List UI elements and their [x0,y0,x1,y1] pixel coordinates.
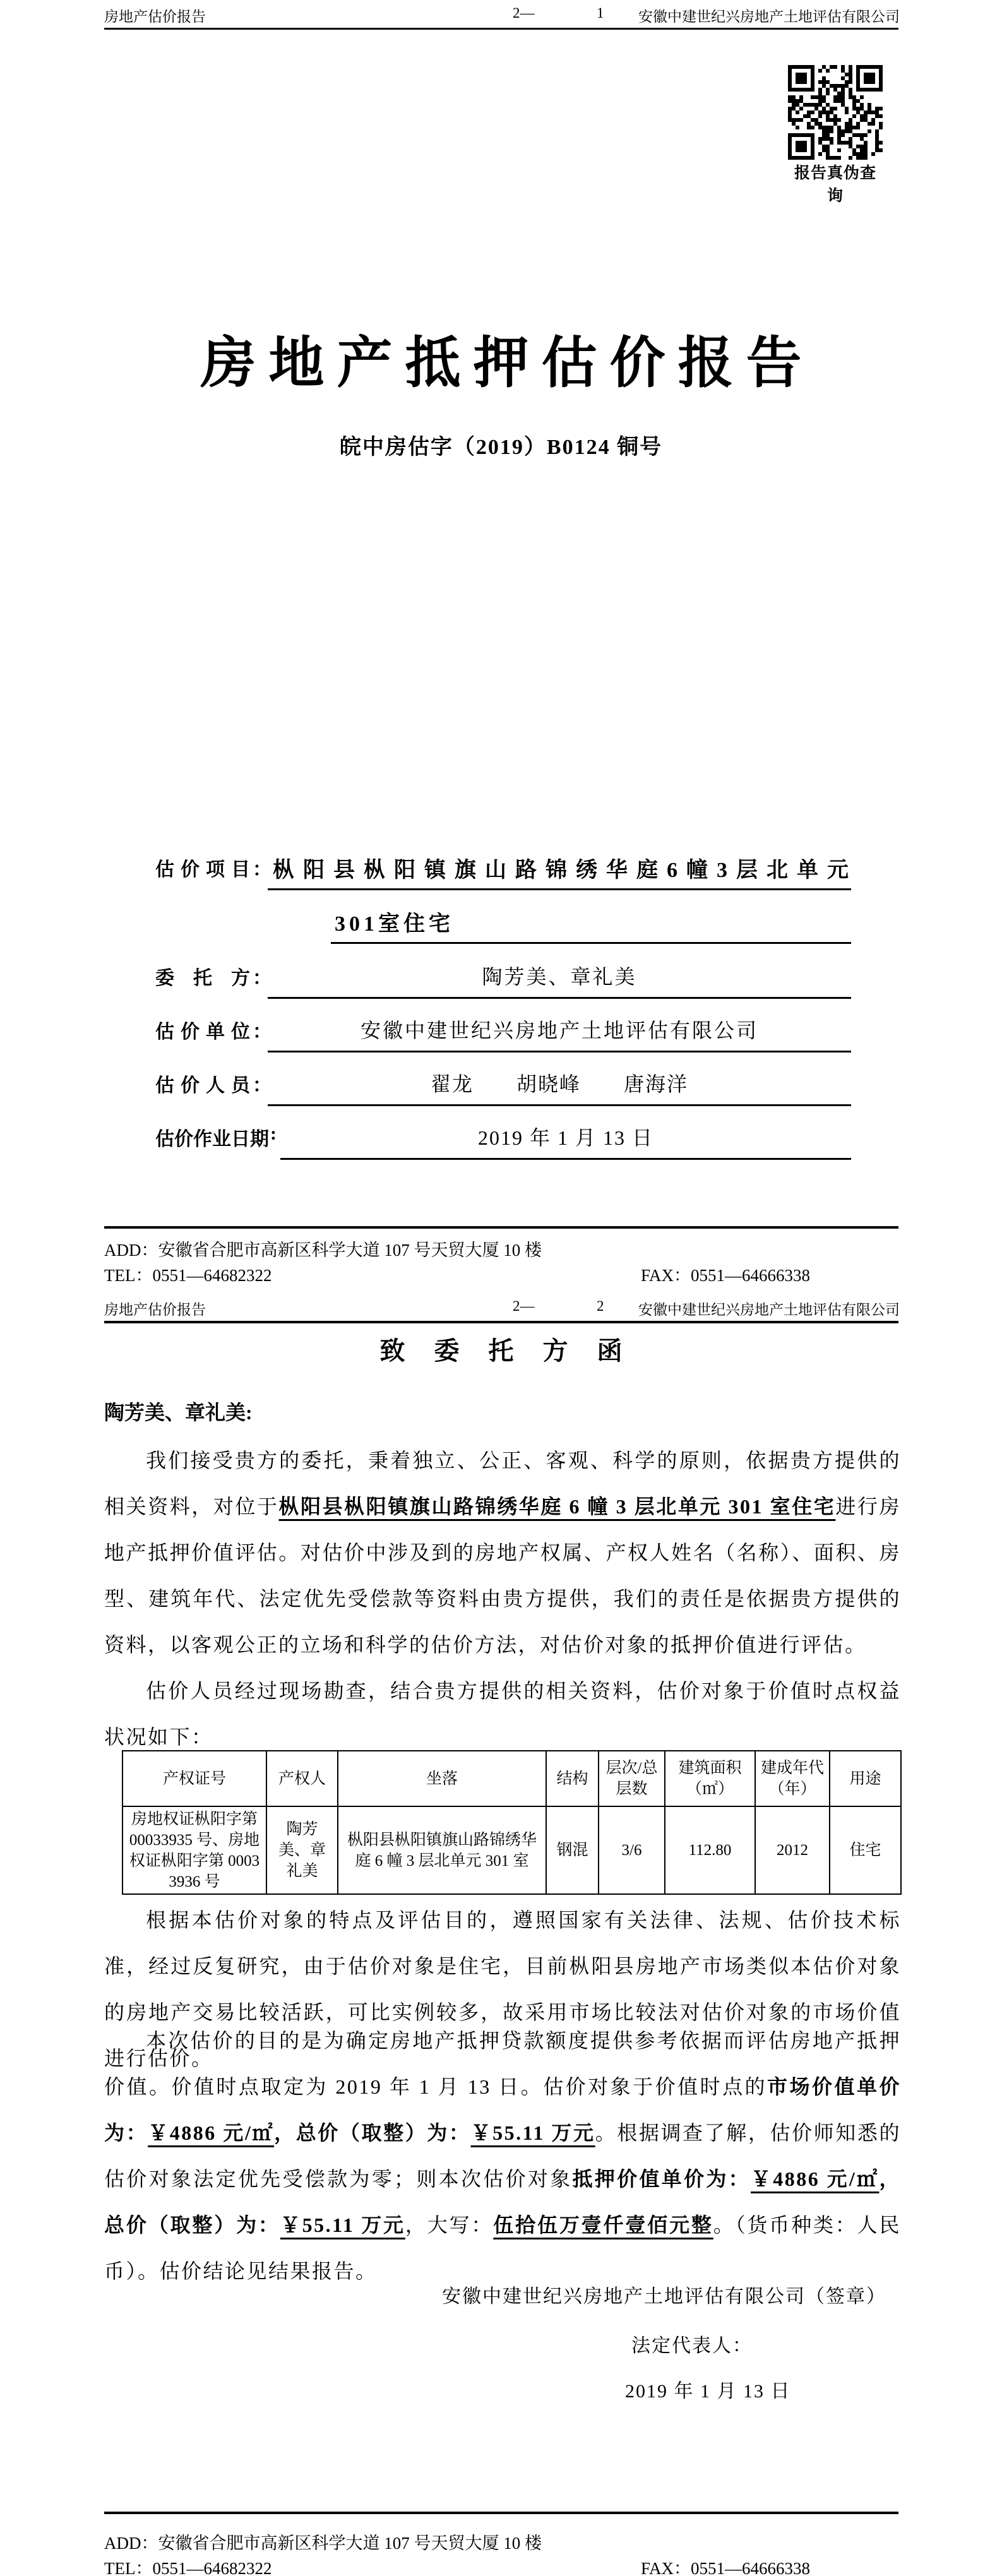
field-label-appraisers: 估价人员 [155,1070,250,1097]
field-underline [268,888,851,890]
cell-area: 112.80 [665,1806,755,1894]
footer-fax: FAX：0551—64666338 [641,1261,810,1286]
field-value-project: 枞阳县枞阳镇旗山路锦绣华庭6幢3层北单元 [273,852,857,883]
page2-header-page-prefix: 2— [513,1298,535,1315]
page1-header-page-number: 1 [597,5,604,21]
table-header-row: 产权证号 产权人 坐落 结构 层次/总层数 建筑面积（㎡） 建成年代（年） 用途 [122,1751,901,1806]
table-row: 房地权证枞阳字第 00033935 号、房地权证枞阳字第 00033936 号 … [122,1806,901,1894]
page2-header-company: 安徽中建世纪兴房地产土地评估有限公司 [638,1298,900,1319]
cell-structure: 钢混 [546,1806,599,1894]
col-header-owner: 产权人 [266,1751,338,1806]
cell-year: 2012 [755,1806,830,1894]
cell-floor: 3/6 [599,1806,665,1894]
page1-header-company: 安徽中建世纪兴房地产土地评估有限公司 [638,5,900,26]
page1-header-rule [104,28,898,30]
col-header-floor: 层次/总层数 [599,1751,665,1806]
field-label-firm: 估价单位 [155,1016,250,1044]
page2-header-page-number: 2 [597,1298,604,1315]
page2-header-rule [104,1321,898,1323]
cell-cert-no: 房地权证枞阳字第 00033935 号、房地权证枞阳字第 00033936 号 [122,1806,266,1894]
form-row-project-line2: 301室住宅 [0,907,1002,944]
page1-header-doc-type: 房地产估价报告 [104,5,206,26]
signature-company: 安徽中建世纪兴房地产土地评估有限公司（签章） [442,2281,886,2308]
form-row-appraisal-firm: 估价单位 ： 安徽中建世纪兴房地产土地评估有限公司 [0,1016,1002,1052]
footer-tel: TEL：0551—64682322 [104,2555,271,2576]
signature-legal-rep: 法定代表人： [631,2330,753,2358]
col-header-structure: 结构 [546,1751,599,1806]
field-label-client: 委托方 [155,962,250,990]
field-value-firm: 安徽中建世纪兴房地产土地评估有限公司 [268,1015,851,1044]
field-value-client: 陶芳美、章礼美 [268,961,851,990]
field-value-appraisers: 翟龙 胡晓峰 唐海洋 [268,1068,851,1097]
field-colon: ： [253,854,271,881]
form-row-client: 委托方 ： 陶芳美、章礼美 [0,962,1002,999]
col-header-area: 建筑面积（㎡） [665,1751,755,1806]
field-label-date: 估价作业日期 [155,1123,269,1151]
letter-paragraph-4: 本次估价的目的是为确定房地产抵押贷款额度提供参考依据而评估房地产抵押价值。价值时… [104,2018,901,2294]
report-title: 房地产抵押估价报告 [0,319,1002,398]
col-header-year: 建成年代（年） [755,1751,830,1806]
col-header-location: 坐落 [338,1751,546,1806]
field-underline [268,997,851,999]
footer-tel: TEL：0551—64682322 [104,1261,271,1286]
col-header-cert-no: 产权证号 [122,1751,266,1806]
field-value-date: 2019 年 1 月 13 日 [280,1122,851,1151]
signature-date: 2019 年 1 月 13 日 [625,2375,791,2403]
letter-paragraph-1: 我们接受贵方的委托，秉着独立、公正、客观、科学的原则，依据贵方提供的相关资料，对… [104,1438,901,1668]
qr-caption: 报告真伪查询 [787,160,884,206]
qr-code [788,65,883,160]
col-header-use: 用途 [830,1751,901,1806]
field-label-project: 估价项目 [155,854,250,881]
report-number: 皖中房估字（2019）B0124 铜号 [0,429,1002,460]
page2-header-doc-type: 房地产估价报告 [104,1298,206,1319]
field-underline [268,1104,851,1106]
field-underline [268,1051,851,1052]
cell-location: 枞阳县枞阳镇旗山路锦绣华庭 6 幢 3 层北单元 301 室 [338,1806,546,1894]
page1-footer-rule [104,1226,898,1229]
cell-owner: 陶芳美、章礼美 [266,1806,338,1894]
letter-heading: 致委托方函 [0,1331,1002,1367]
letter-salutation: 陶芳美、章礼美: [104,1397,253,1426]
letter-paragraph-2: 估价人员经过现场勘查，结合贵方提供的相关资料，估价对象于价值时点权益状况如下： [104,1668,901,1760]
page2-footer-rule [104,2512,898,2514]
report-document: 房地产估价报告 2— 1 安徽中建世纪兴房地产土地评估有限公司 报告真伪查询 房… [0,0,1002,2576]
appraisal-table: 产权证号 产权人 坐落 结构 层次/总层数 建筑面积（㎡） 建成年代（年） 用途… [122,1750,902,1895]
cell-use: 住宅 [830,1806,901,1894]
footer-address: ADD：安徽省合肥市高新区科学大道 107 号天贸大厦 10 楼 [104,2529,542,2554]
field-colon: : [270,1123,277,1145]
field-value-project-line2: 301室住宅 [335,906,454,937]
field-underline [280,1158,851,1160]
form-row-appraisers: 估价人员 ： 翟龙 胡晓峰 唐海洋 [0,1070,1002,1106]
footer-address: ADD：安徽省合肥市高新区科学大道 107 号天贸大厦 10 楼 [104,1236,542,1261]
page1-header-page-prefix: 2— [513,5,535,21]
field-underline [331,942,851,944]
form-row-date: 估价作业日期 : 2019 年 1 月 13 日 [0,1123,1002,1160]
footer-fax: FAX：0551—64666338 [641,2555,810,2576]
form-row-project: 估价项目 ： 枞阳县枞阳镇旗山路锦绣华庭6幢3层北单元 [0,854,1002,890]
